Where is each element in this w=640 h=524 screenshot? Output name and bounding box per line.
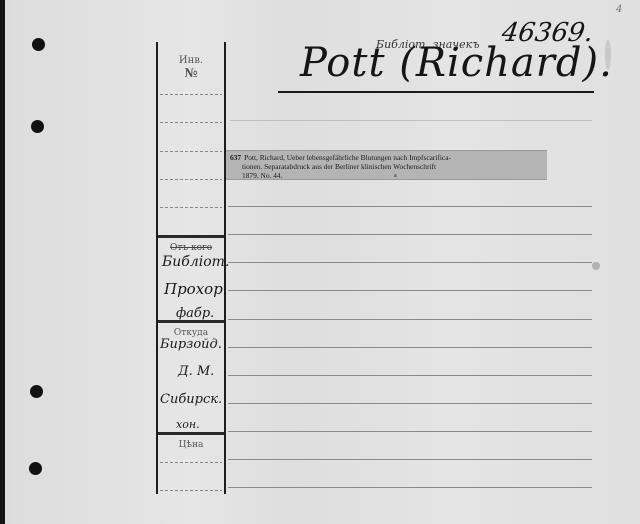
catalog-card: Инв. № Отъ кого Библіот. Прохор. фабр. О… xyxy=(0,0,640,524)
stain xyxy=(605,40,611,70)
entry-number: 637 xyxy=(230,153,241,162)
rule-line xyxy=(228,487,592,488)
punch-hole xyxy=(31,120,44,133)
rule-line xyxy=(228,375,592,376)
title-underline xyxy=(278,91,594,93)
rule-line xyxy=(228,206,592,207)
handwritten-where-line3: Сибирск. xyxy=(160,392,222,407)
rule-line xyxy=(160,462,222,463)
from-label-struck: Отъ кого xyxy=(170,243,212,253)
rule-line xyxy=(160,122,222,123)
clipping-line1: 637Pott, Richard, Ueber lebensgefährlich… xyxy=(230,153,543,162)
rule-line xyxy=(228,347,592,348)
punch-hole xyxy=(32,38,45,51)
rule-line xyxy=(228,403,592,404)
section-divider xyxy=(158,432,224,435)
section-divider xyxy=(158,320,224,323)
rule-line xyxy=(160,207,222,208)
corner-mark: 4 xyxy=(616,4,622,15)
clipping-line2: tionen. Separatabdruck aus der Berliner … xyxy=(230,162,543,171)
rule-line xyxy=(230,120,592,121)
number-sign: № xyxy=(158,66,224,80)
rule-line xyxy=(228,319,592,320)
handwritten-from-line1: Библіот. xyxy=(162,254,229,270)
price-label: Цѣна xyxy=(166,440,216,450)
stain xyxy=(592,262,600,270)
punch-hole xyxy=(30,385,43,398)
rule-line xyxy=(228,262,592,263)
clipping-line3: 1879. No. 44. xyxy=(230,171,543,180)
clipping-mark: a xyxy=(394,172,397,181)
rule-line xyxy=(228,431,592,432)
punch-hole xyxy=(29,462,42,475)
bibliographic-clipping: 637Pott, Richard, Ueber lebensgefährlich… xyxy=(226,150,547,180)
handwritten-title: Pott (Richard). xyxy=(300,40,613,86)
handwritten-from-line2: Прохор. xyxy=(164,280,228,298)
rule-line xyxy=(228,459,592,460)
rule-line xyxy=(160,151,222,152)
handwritten-where-line1: Бирзойд. xyxy=(160,337,222,352)
rule-line xyxy=(160,490,222,491)
scan-edge xyxy=(0,0,5,524)
inventory-header: Инв. № xyxy=(158,55,224,80)
rule-line xyxy=(160,179,222,180)
handwritten-from-line3: фабр. xyxy=(176,306,214,321)
rule-line xyxy=(160,94,222,95)
handwritten-where-line4: хон. xyxy=(176,418,200,431)
column-divider-left xyxy=(156,42,158,494)
inventory-label: Инв. xyxy=(158,55,224,66)
handwritten-where-line2: Д. М. xyxy=(178,364,214,379)
section-divider xyxy=(158,235,224,238)
rule-line xyxy=(228,234,592,235)
rule-line xyxy=(228,290,592,291)
clipping-text1: Pott, Richard, Ueber lebensgefährliche B… xyxy=(244,153,451,162)
